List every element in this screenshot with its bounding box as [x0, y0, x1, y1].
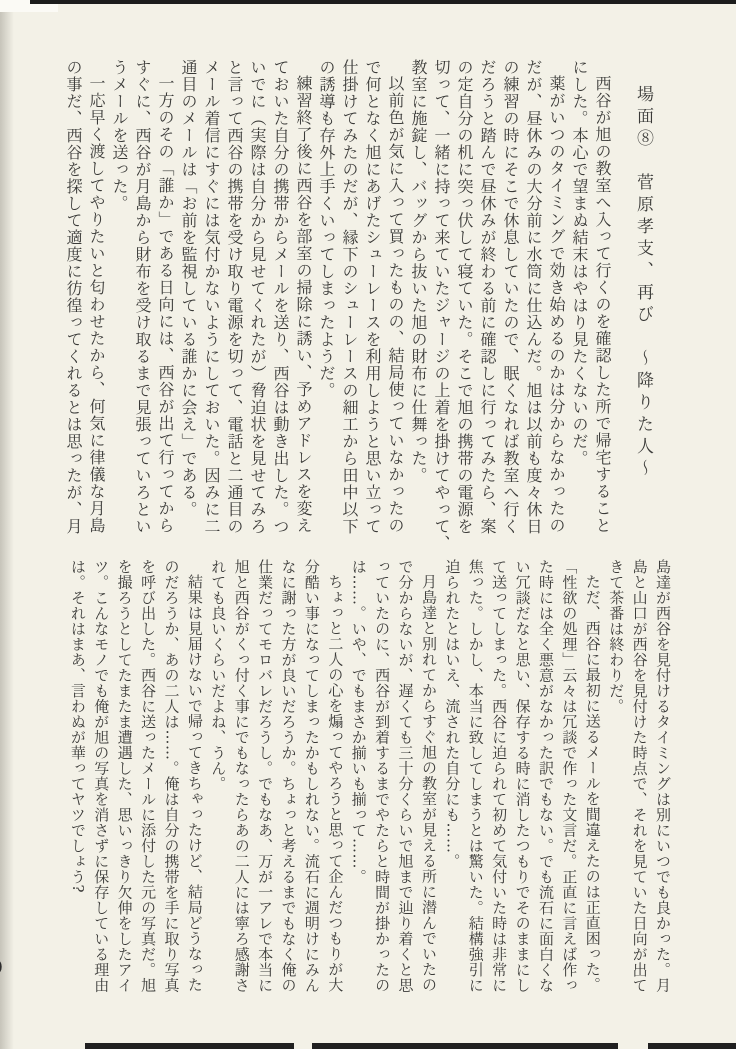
text-column: 一応早く渡してやりたいと匂わせたから、何気に律儀な月島 [85, 59, 108, 541]
page-title: 場面⑧ 菅原孝支、再び ～降りた人～ [631, 85, 656, 481]
text-column: 仕業だってモロバレだろうし。でもなあ、万が一アレで本当に [253, 559, 276, 999]
text-column: きて茶番は終わりだ。 [604, 559, 627, 999]
text-column: の事だ、西谷を探して適度に彷徨ってくれるとは思ったが、月 [62, 59, 85, 541]
text-column: 練習終了後に西谷を部室の掃除に誘い、予めアドレスを変え [292, 59, 315, 541]
text-column: だろうと踏んで昼休みが終わる前に確認しに行ってみたら、案 [476, 59, 499, 541]
text-column: 結果は見届けないで帰ってきちゃったけど、結局どうなった [182, 559, 205, 999]
text-column: 月島達と別れてからすぐ旭の教室が見える所に潜んでいたの [417, 559, 440, 999]
text-column: で何となく旭にあげたシューレースを利用しようと思い立って [361, 59, 384, 541]
text-column: の定自分の机に突っ伏して寝ていた。そこで旭の携帯の電源を [453, 59, 476, 541]
text-column: 以前色が気に入って買ったものの、結局使っていなかったの [384, 59, 407, 541]
text-column: 切って、一緒に持って来ていたジャージの上着を掛けてやって、 [430, 59, 453, 541]
text-column: 「性欲の処理」云々は冗談で作った文言だ。正直に言えば作っ [557, 559, 580, 999]
text-column: 旭と西谷がくっ付く事にでもなったらあの二人には寧ろ感謝さ [229, 559, 252, 999]
text-column: い冗談だなと思い、保存する時に消したつもりでそのままにし [510, 559, 533, 999]
text-column: ただ、西谷に最初に送るメールを間違えたのは正直困った。 [580, 559, 603, 999]
text-column: は。それはまあ、言わぬが華ってヤツでしょう? [65, 559, 88, 999]
text-column: は……。いや、でもまさか揃いも揃って……。 [346, 559, 369, 999]
text-column: の誘導も存外上手くいってしまったようだ。 [315, 59, 338, 541]
text-column: ちょっと二人の心を煽ってやろうと思って企んだつもりが大 [323, 559, 346, 999]
text-column: れても良いくらいだよね、うん。 [206, 559, 229, 999]
text-column: 西谷が旭の教室へ入って行くのを確認した所で帰宅すること [591, 59, 614, 541]
text-section-top: 西谷が旭の教室へ入って行くのを確認した所で帰宅することにした。本心で望まぬ結末は… [62, 59, 614, 541]
text-column: 島達が西谷を見付けるタイミングは別にいつでも良かった。月 [651, 559, 674, 999]
text-column: 分酷い事になってしまったかもしれない。流石に週明けにみん [300, 559, 323, 999]
text-column: ツ。こんなモノでも俺が旭の写真を消さずに保存している理由 [89, 559, 112, 999]
text-column: 通目のメールは「お前を監視している誰かに会え」である。 [177, 59, 200, 541]
text-column: うメールを送った。 [108, 59, 131, 541]
text-column: を撮ろうとしてたまたま遭遇した、思いっきり欠伸をしたアイ [112, 559, 135, 999]
text-column: た時には全く悪意がなかった訳でもない。でも流石に面白くな [534, 559, 557, 999]
scan-edge-artifact-top [30, 0, 736, 4]
text-column: 仕掛けてみたのだが、縁下のシューレースの細工から田中以下 [338, 59, 361, 541]
text-column: だが、昼休みの大分前に水筒に仕込んだ。旭は以前も度々休日 [522, 59, 545, 541]
text-column: 教室に施錠し、バッグから抜いた旭の財布に仕舞った。 [407, 59, 430, 541]
scan-left-shadow [0, 0, 14, 1049]
text-section-bottom: 島達が西谷を見付けるタイミングは別にいつでも良かった。月島と山口が西谷を見付けた… [65, 559, 674, 999]
text-column: 一方のその「誰か」である日向には、西谷が出て行ってから [154, 59, 177, 541]
text-column: て送ってしまった。西谷に迫られて初めて気付いた時は非常に [487, 559, 510, 999]
text-column: 焦った。しかし、本当に致してしまうとは驚いた。結構強引に [463, 559, 486, 999]
text-column: っていたのに、西谷が到着するまでやたらと時間が掛かったの [370, 559, 393, 999]
scanned-page: 場面⑧ 菅原孝支、再び ～降りた人～ 西谷が旭の教室へ入って行くのを確認した所で… [0, 0, 736, 1049]
text-column: ておいた自分の携帯からメールを送り、西谷は動き出した。つ [269, 59, 292, 541]
scan-edge-artifact-bottom [0, 1043, 736, 1049]
text-column: を呼び出した。西谷に送ったメールに添付した元の写真だ。旭 [136, 559, 159, 999]
text-column: メール着信にすぐには気付かないようにしておいた。因みに二 [200, 59, 223, 541]
text-column: 薬がいつのタイミングで効き始めるのかは分からなかったの [545, 59, 568, 541]
text-column: で分からないが、遅くても三十分くらいで旭まで辿り着くと思 [393, 559, 416, 999]
text-column: なに謝った方が良いだろうか。ちょっと考えるまでもなく俺の [276, 559, 299, 999]
text-column: 迫られたとはいえ、流された自分にも……。 [440, 559, 463, 999]
page-number: 0 [0, 958, 3, 978]
text-column: すぐに、西谷が月島から財布を受け取るまで見張っていろとい [131, 59, 154, 541]
text-column: いでに（実際は自分から見せてくれたが）脅迫状を見せてみろ [246, 59, 269, 541]
text-column: の練習の時にそこで休息していたので、眠くなれば教室へ行く [499, 59, 522, 541]
text-column: 島と山口が西谷を見付けた時点で、それを見ていた日向が出て [627, 559, 650, 999]
text-column: にした。本心で望まぬ結末はやはり見たくないのだ。 [568, 59, 591, 541]
text-column: のだろうか、あの二人は……。俺は自分の携帯を手に取り写真 [159, 559, 182, 999]
text-column: と言って西谷の携帯を受け取り電源を切って、電話と二通目の [223, 59, 246, 541]
